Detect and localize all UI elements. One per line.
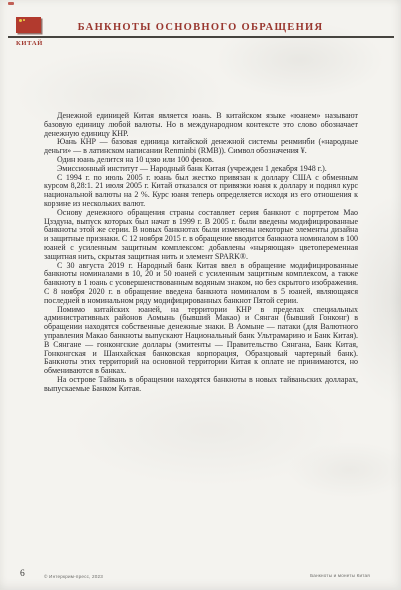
running-title: Банкноты и монеты Китая xyxy=(310,573,370,578)
paragraph: С 1994 г. по июль 2005 г. юань был жестк… xyxy=(44,174,358,209)
copyright-notice: © Интеркрим-пресс, 2023 xyxy=(44,574,103,579)
flag-star-icon xyxy=(23,19,25,21)
page-title: БАНКНОТЫ ОСНОВНОГО ОБРАЩЕНИЯ xyxy=(0,22,401,33)
region-label: КИТАЙ xyxy=(16,40,43,47)
paragraph: Денежной единицей Китая является юань. В… xyxy=(44,112,358,138)
paragraph: С 30 августа 2019 г. Народный банк Китая… xyxy=(44,262,358,306)
book-page: БАНКНОТЫ ОСНОВНОГО ОБРАЩЕНИЯ КИТАЙ Денеж… xyxy=(0,0,401,590)
paragraph: Помимо китайских юаней, на территории КН… xyxy=(44,306,358,376)
paragraph: Основу денежного обращения страны состав… xyxy=(44,209,358,262)
article-body: Денежной единицей Китая является юань. В… xyxy=(44,112,358,394)
header-rule xyxy=(8,36,394,38)
paragraph: На острове Тайвань в обращении находятся… xyxy=(44,376,358,394)
paragraph: Юань КНР — базовая единица китайской ден… xyxy=(44,138,358,156)
red-speck-mark xyxy=(8,2,14,5)
page-number: 6 xyxy=(20,569,25,579)
